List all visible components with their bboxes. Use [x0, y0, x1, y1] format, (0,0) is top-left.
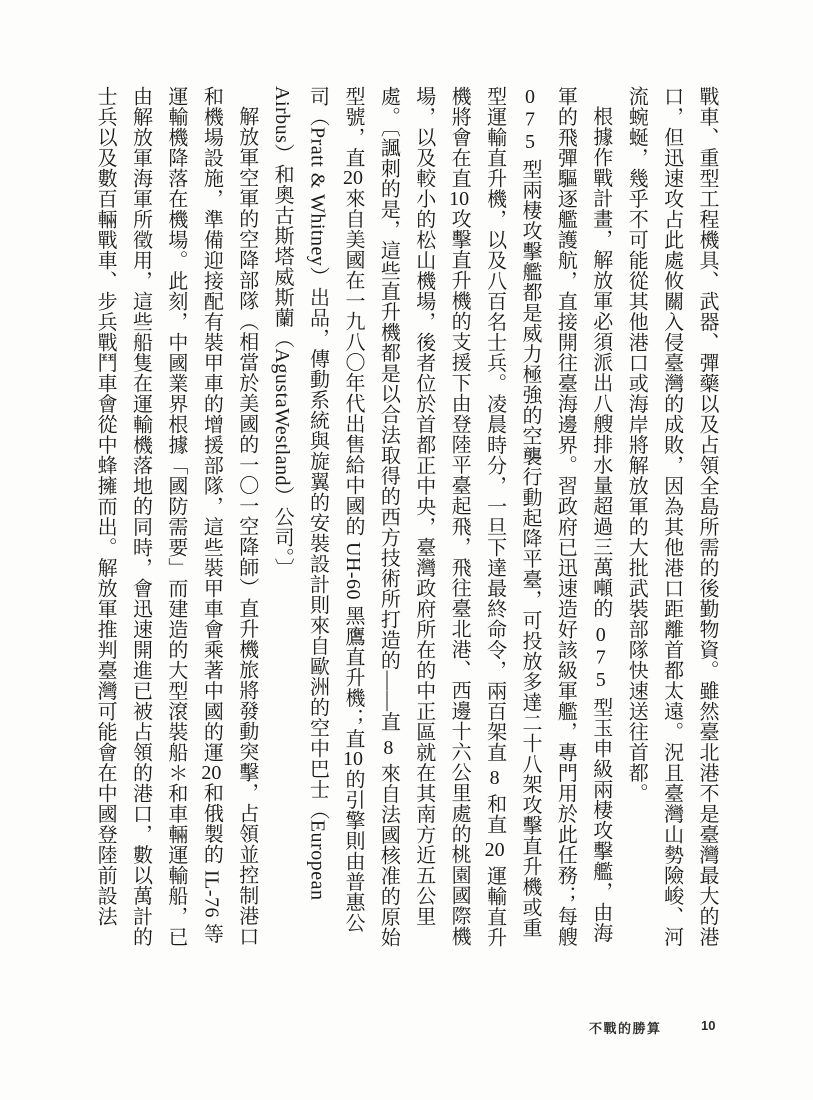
page-number: 10 [701, 1018, 715, 1033]
body-text: 戰車、重型工程機具、武器、彈藥以及占領全島所需的後勤物資。雖然臺北港不是臺灣最大… [34, 86, 724, 948]
paragraph-2: 根據作戰計畫，解放軍必須派出八艘排水量超過三萬噸的 075 型玉申級兩棲攻擊艦，… [264, 86, 618, 948]
running-title: 不戰的勝算 [589, 1018, 662, 1037]
page-footer: 不戰的勝算 10 [0, 1016, 813, 1038]
paragraph-3: 解放軍空軍的空降部隊（相當於美國的一〇一空降師）直升機旅將發動突擊，占領並控制港… [87, 86, 264, 948]
paragraph-1: 戰車、重型工程機具、武器、彈藥以及占領全島所需的後勤物資。雖然臺北港不是臺灣最大… [618, 86, 724, 948]
